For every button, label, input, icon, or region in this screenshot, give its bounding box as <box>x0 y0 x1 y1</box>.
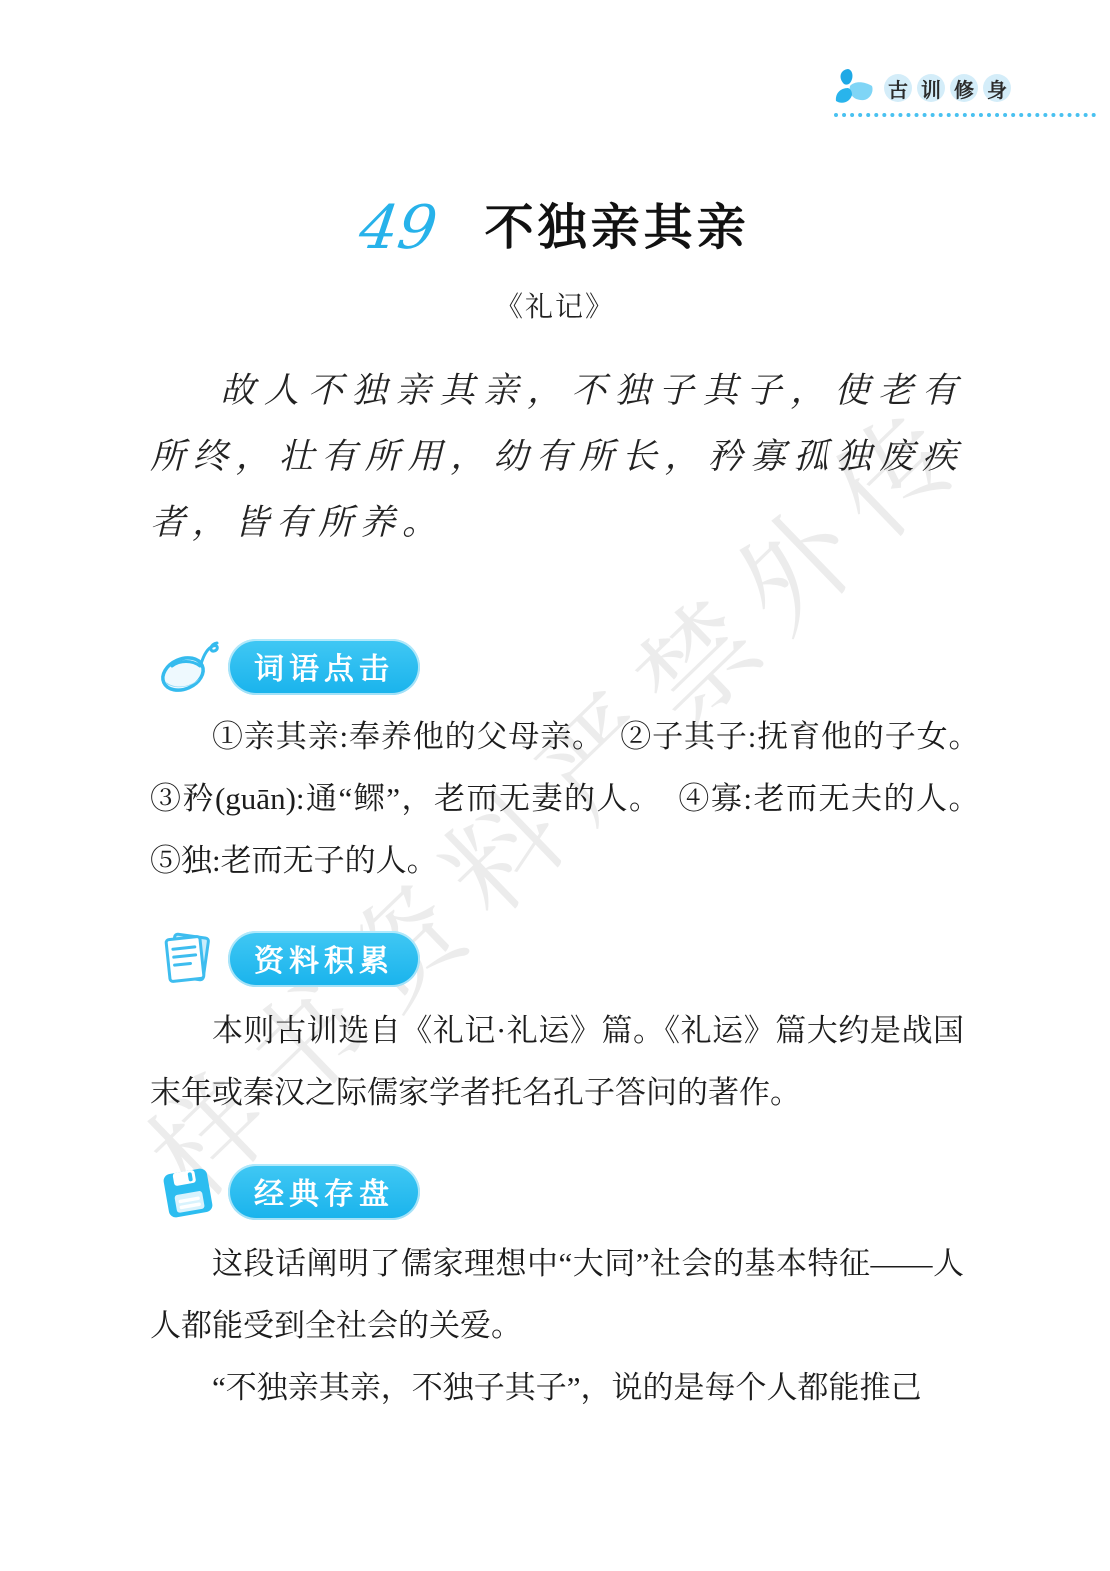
header-char: 古 <box>884 74 912 102</box>
header-char: 训 <box>917 74 945 102</box>
header-char: 身 <box>983 74 1011 102</box>
section-title-classic-save: 经典存盘 <box>228 1164 420 1220</box>
header-dotted-rule <box>834 113 1096 117</box>
paragraph: 这段话阐明了儒家理想中“大同”社会的基本特征——人人都能受到全社会的关爱。 <box>150 1233 964 1357</box>
classical-quote: 故人不独亲其亲，不独子其子，使老有所终，壮有所用，幼有所长，矜寡孤独废疾者，皆有… <box>150 358 964 556</box>
section-title-reference: 资料积累 <box>228 931 420 987</box>
page-header: 古 训 修 身 <box>834 68 1096 117</box>
paragraph: ①亲其亲:奉养他的父母亲。 ②子其子:抚育他的子女。 ③矜(guān):通“鳏”… <box>150 706 964 892</box>
section-header-reference: 资料积累 <box>158 930 420 988</box>
leaf-icon <box>834 68 878 108</box>
lesson-number: 49 <box>356 198 441 258</box>
header-char: 修 <box>950 74 978 102</box>
documents-icon <box>158 930 220 988</box>
paragraph: 本则古训选自《礼记·礼运》篇。《礼运》篇大约是战国末年或秦汉之际儒家学者托名孔子… <box>150 1000 964 1124</box>
book-page: 样书资料严禁外传 古 训 修 身 <box>0 0 1110 1571</box>
section-body-reference: 本则古训选自《礼记·礼运》篇。《礼运》篇大约是战国末年或秦汉之际儒家学者托名孔子… <box>150 1000 964 1124</box>
section-title-word-notes: 词语点击 <box>228 639 420 695</box>
header-label: 古 训 修 身 <box>884 74 1011 102</box>
section-header-classic-save: 经典存盘 <box>158 1163 420 1221</box>
lesson-title: 不独亲其亲 <box>485 198 750 258</box>
section-header-word-notes: 词语点击 <box>158 638 420 696</box>
lesson-source: 《礼记》 <box>0 285 1110 325</box>
section-body-classic-save: 这段话阐明了儒家理想中“大同”社会的基本特征——人人都能受到全社会的关爱。 “不… <box>150 1233 964 1419</box>
paragraph: “不独亲其亲，不独子其子”，说的是每个人都能推己 <box>150 1357 964 1419</box>
section-body-word-notes: ①亲其亲:奉养他的父母亲。 ②子其子:抚育他的子女。 ③矜(guān):通“鳏”… <box>150 706 964 892</box>
mouse-icon <box>158 638 220 696</box>
floppy-icon <box>158 1163 220 1221</box>
